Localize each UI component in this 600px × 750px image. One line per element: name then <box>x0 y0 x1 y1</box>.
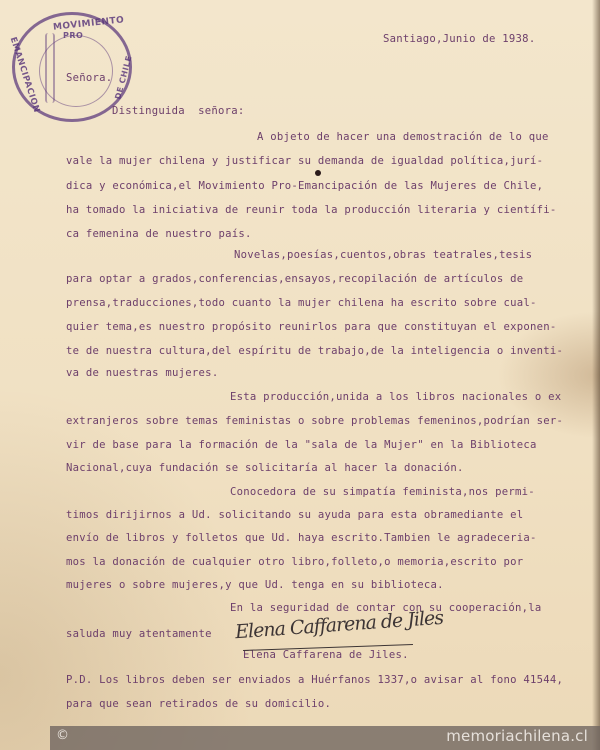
paragraph-4-line-4: mos la donación de cualquier otro libro,… <box>66 557 523 568</box>
paragraph-3-line-1: Esta producción,unida a los libros nacio… <box>230 392 561 403</box>
paragraph-2-line-6: va de nuestras mujeres. <box>66 368 218 379</box>
closing-line-2: saluda muy atentamente <box>66 629 212 640</box>
paragraph-2-line-2: para optar a grados,conferencias,ensayos… <box>66 274 523 285</box>
letter-addressee: Señora. <box>66 73 112 84</box>
ink-blot <box>315 170 321 176</box>
paragraph-1-line-2: vale la mujer chilena y justificar su de… <box>66 156 543 167</box>
paragraph-1-line-1: A objeto de hacer una demostración de lo… <box>257 132 549 143</box>
paragraph-3-line-4: Nacional,cuya fundación se solicitaría a… <box>66 463 464 474</box>
paragraph-2-line-1: Novelas,poesías,cuentos,obras teatrales,… <box>234 250 532 261</box>
paragraph-2-line-3: prensa,traducciones,todo cuanto la mujer… <box>66 298 537 309</box>
paragraph-1-line-4: ha tomado la iniciativa de reunir toda l… <box>66 205 556 216</box>
postscript-line-1: P.D. Los libros deben ser enviados a Hué… <box>66 675 563 686</box>
copyright-icon: © <box>56 728 69 743</box>
site-brand-link[interactable]: memoriachilena.cl <box>446 727 588 745</box>
paragraph-1-line-3: dica y económica,el Movimiento Pro-Emanc… <box>66 181 543 192</box>
postscript-line-2: para que sean retirados de su domicilio. <box>66 699 331 710</box>
paragraph-3-line-2: extranjeros sobre temas feministas o sob… <box>66 416 563 427</box>
letter-salutation: Distinguida señora: <box>112 106 245 117</box>
stamp-figure-icon <box>45 33 55 103</box>
paragraph-4-line-3: envío de libros y folletos que Ud. haya … <box>66 533 537 544</box>
paragraph-4-line-5: mujeres o sobre mujeres,y que Ud. tenga … <box>66 580 444 591</box>
paragraph-1-line-5: ca femenina de nuestro país. <box>66 229 252 240</box>
paragraph-3-line-3: vir de base para la formación de la "sal… <box>66 440 537 451</box>
paper-edge-shadow <box>592 0 600 750</box>
paragraph-2-line-4: quier tema,es nuestro propósito reunirlo… <box>66 322 556 333</box>
paragraph-2-line-5: te de nuestra cultura,del espíritu de tr… <box>66 346 563 357</box>
letter-date: Santiago,Junio de 1938. <box>383 34 535 45</box>
paragraph-4-line-1: Conocedora de su simpatía feminista,nos … <box>230 487 535 498</box>
paragraph-4-line-2: timos dirijirnos a Ud. solicitando su ay… <box>66 510 523 521</box>
typed-signature: Elena Caffarena de Jiles. <box>243 650 409 661</box>
stamp-middle-text: PRO <box>63 31 83 40</box>
